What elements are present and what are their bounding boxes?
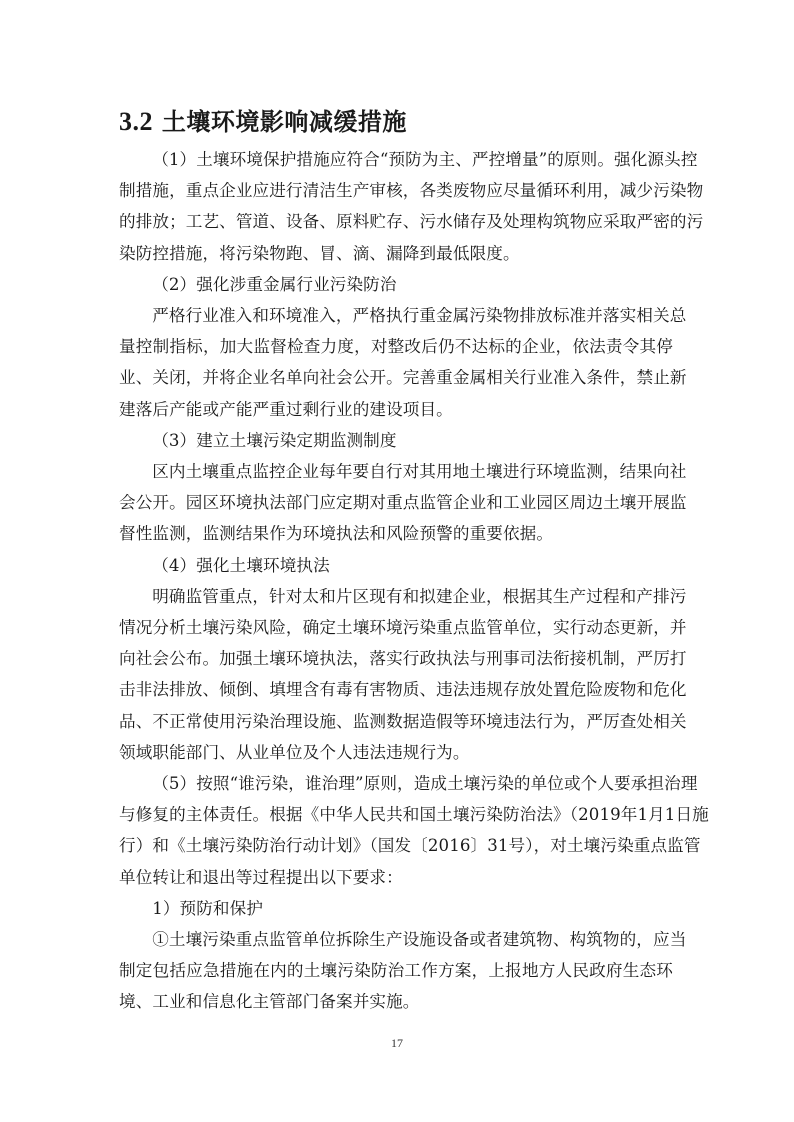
text-line: （2）强化涉重金属行业污染防治: [119, 269, 673, 300]
text-line: 向社会公布。加强土壤环境执法，落实行政执法与刑事司法衔接机制，严厉打: [119, 643, 673, 674]
text-line: （4）强化土壤环境执法: [119, 550, 673, 581]
text-line: 制定包括应急措施在内的土壤污染防治工作方案，上报地方人民政府生态环: [119, 955, 673, 986]
text-line: 染防控措施，将污染物跑、冒、滴、漏降到最低限度。: [119, 238, 673, 269]
text-line: 击非法排放、倾倒、填埋含有毒有害物质、违法违规存放处置危险废物和危化: [119, 674, 673, 705]
paragraph: （1）土壤环境保护措施应符合“预防为主、严控增量”的原则。强化源头控制措施，重点…: [119, 144, 673, 269]
section-number: 3.2: [119, 107, 153, 136]
text-line: 境、工业和信息化主管部门备案并实施。: [119, 986, 673, 1017]
paragraph: ①土壤污染重点监管单位拆除生产设施设备或者建筑物、构筑物的，应当制定包括应急措施…: [119, 924, 673, 1018]
document-page: 3.2 土壤环境影响减缓措施 （1）土壤环境保护措施应符合“预防为主、严控增量”…: [0, 0, 794, 1122]
text-line: 品、不正常使用污染治理设施、监测数据造假等环境违法行为，严厉查处相关: [119, 706, 673, 737]
text-line: 单位转让和退出等过程提出以下要求：: [119, 862, 673, 893]
text-line: 与修复的主体责任。根据《中华人民共和国土壤污染防治法》（2019年1月1日施: [119, 799, 673, 830]
text-line: ①土壤污染重点监管单位拆除生产设施设备或者建筑物、构筑物的，应当: [119, 924, 673, 955]
text-line: 建落后产能或产能严重过剩行业的建设项目。: [119, 394, 673, 425]
text-line: 情况分析土壤污染风险，确定土壤环境污染重点监管单位，实行动态更新，并: [119, 612, 673, 643]
paragraph: 明确监管重点，针对太和片区现有和拟建企业，根据其生产过程和产排污情况分析土壤污染…: [119, 581, 673, 768]
section-title: 土壤环境影响减缓措施: [162, 107, 407, 136]
text-line: 督性监测，监测结果作为环境执法和风险预警的重要依据。: [119, 518, 673, 549]
text-line: （5）按照“谁污染，谁治理”原则，造成土壤污染的单位或个人要承担治理: [119, 768, 673, 799]
text-line: 严格行业准入和环境准入，严格执行重金属污染物排放标准并落实相关总: [119, 300, 673, 331]
text-line: 行）和《土壤污染防治行动计划》（国发〔2016〕31号），对土壤污染重点监管: [119, 830, 673, 861]
text-line: 1）预防和保护: [119, 893, 673, 924]
paragraph-subheading: （3）建立土壤污染定期监测制度: [119, 425, 673, 456]
text-line: 业、关闭，并将企业名单向社会公开。完善重金属相关行业准入条件，禁止新: [119, 362, 673, 393]
text-line: 制措施，重点企业应进行清洁生产审核，各类废物应尽量循环利用，减少污染物: [119, 175, 673, 206]
document-body: （1）土壤环境保护措施应符合“预防为主、严控增量”的原则。强化源头控制措施，重点…: [119, 144, 673, 1018]
text-line: （3）建立土壤污染定期监测制度: [119, 425, 673, 456]
paragraph-subheading: 1）预防和保护: [119, 893, 673, 924]
text-line: 的排放；工艺、管道、设备、原料贮存、污水储存及处理构筑物应采取严密的污: [119, 206, 673, 237]
page-number: 17: [0, 1036, 794, 1051]
paragraph: （5）按照“谁污染，谁治理”原则，造成土壤污染的单位或个人要承担治理与修复的主体…: [119, 768, 673, 893]
paragraph-subheading: （2）强化涉重金属行业污染防治: [119, 269, 673, 300]
text-line: （1）土壤环境保护措施应符合“预防为主、严控增量”的原则。强化源头控: [119, 144, 673, 175]
text-line: 量控制指标，加大监督检查力度，对整改后仍不达标的企业，依法责令其停: [119, 331, 673, 362]
paragraph-subheading: （4）强化土壤环境执法: [119, 550, 673, 581]
text-line: 领域职能部门、从业单位及个人违法违规行为。: [119, 737, 673, 768]
text-line: 会公开。园区环境执法部门应定期对重点监管企业和工业园区周边土壤开展监: [119, 487, 673, 518]
text-line: 明确监管重点，针对太和片区现有和拟建企业，根据其生产过程和产排污: [119, 581, 673, 612]
paragraph: 严格行业准入和环境准入，严格执行重金属污染物排放标准并落实相关总量控制指标，加大…: [119, 300, 673, 425]
section-heading: 3.2 土壤环境影响减缓措施: [119, 102, 407, 137]
text-line: 区内土壤重点监控企业每年要自行对其用地土壤进行环境监测，结果向社: [119, 456, 673, 487]
paragraph: 区内土壤重点监控企业每年要自行对其用地土壤进行环境监测，结果向社会公开。园区环境…: [119, 456, 673, 550]
